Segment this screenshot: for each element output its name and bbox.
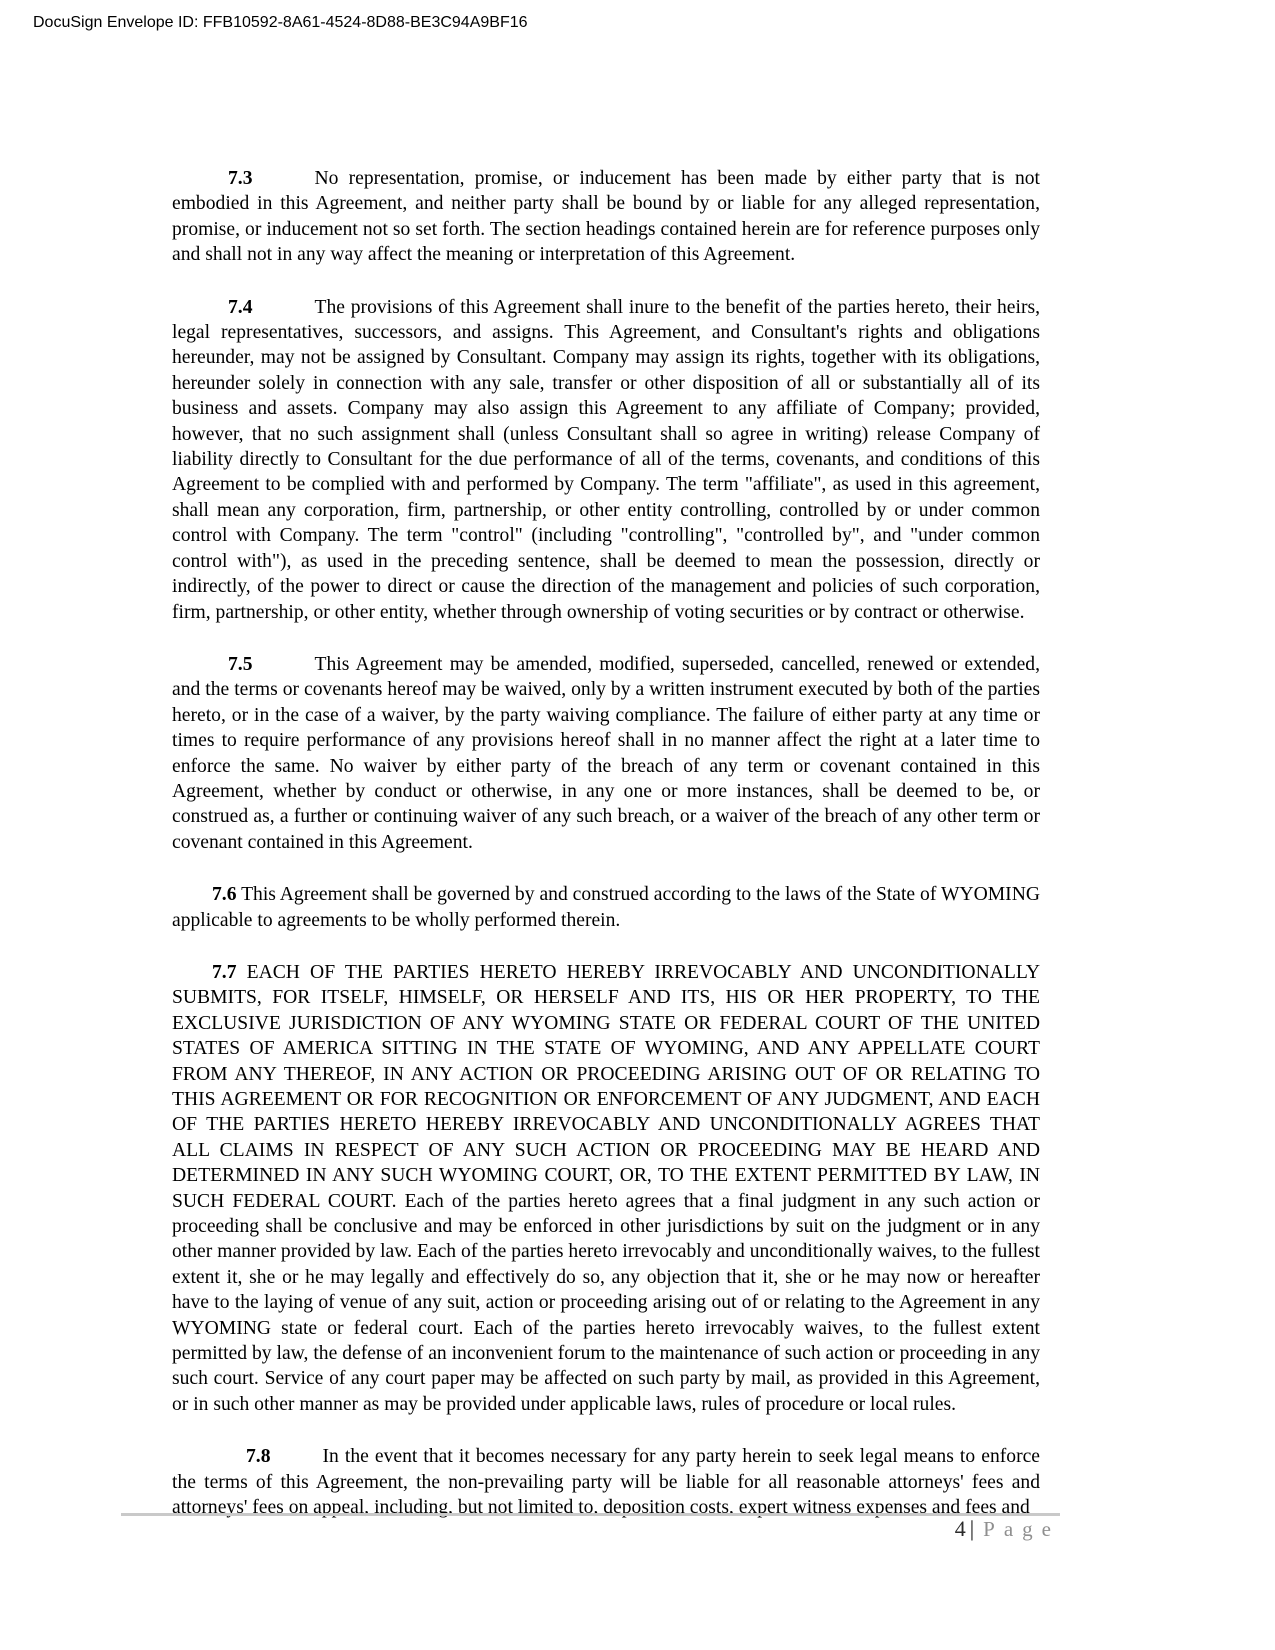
- page-number-footer: 4|Page: [121, 1516, 1060, 1542]
- page-label: Page: [983, 1517, 1060, 1541]
- paragraph-7-7-text: EACH OF THE PARTIES HERETO HEREBY IRREVO…: [172, 962, 1040, 1415]
- section-number-7-6: 7.6: [212, 884, 237, 905]
- paragraph-7-6: 7.6 This Agreement shall be governed by …: [172, 882, 1040, 933]
- paragraph-7-5: 7.5This Agreement may be amended, modifi…: [172, 652, 1040, 855]
- paragraph-7-8: 7.8In the event that it becomes necessar…: [172, 1444, 1040, 1520]
- document-page: DocuSign Envelope ID: FFB10592-8A61-4524…: [0, 0, 1275, 1650]
- section-number-7-7: 7.7: [212, 962, 237, 983]
- paragraph-7-3: 7.3No representation, promise, or induce…: [172, 166, 1040, 268]
- section-number-7-3: 7.3: [228, 168, 253, 189]
- paragraph-7-4: 7.4The provisions of this Agreement shal…: [172, 295, 1040, 625]
- document-body: 7.3No representation, promise, or induce…: [172, 166, 1040, 1548]
- page-number: 4: [955, 1516, 966, 1541]
- paragraph-7-7: 7.7 EACH OF THE PARTIES HERETO HEREBY IR…: [172, 960, 1040, 1417]
- paragraph-7-4-text: The provisions of this Agreement shall i…: [172, 297, 1040, 623]
- section-number-7-4: 7.4: [228, 297, 253, 318]
- paragraph-7-5-text: This Agreement may be amended, modified,…: [172, 654, 1040, 853]
- section-number-7-8: 7.8: [246, 1446, 271, 1467]
- docusign-envelope-id: DocuSign Envelope ID: FFB10592-8A61-4524…: [33, 14, 528, 32]
- footer-separator: |: [970, 1516, 974, 1541]
- paragraph-7-8-text: In the event that it becomes necessary f…: [172, 1446, 1040, 1518]
- paragraph-7-3-text: No representation, promise, or inducemen…: [172, 168, 1040, 265]
- section-number-7-5: 7.5: [228, 654, 253, 675]
- paragraph-7-6-text: This Agreement shall be governed by and …: [172, 884, 1040, 930]
